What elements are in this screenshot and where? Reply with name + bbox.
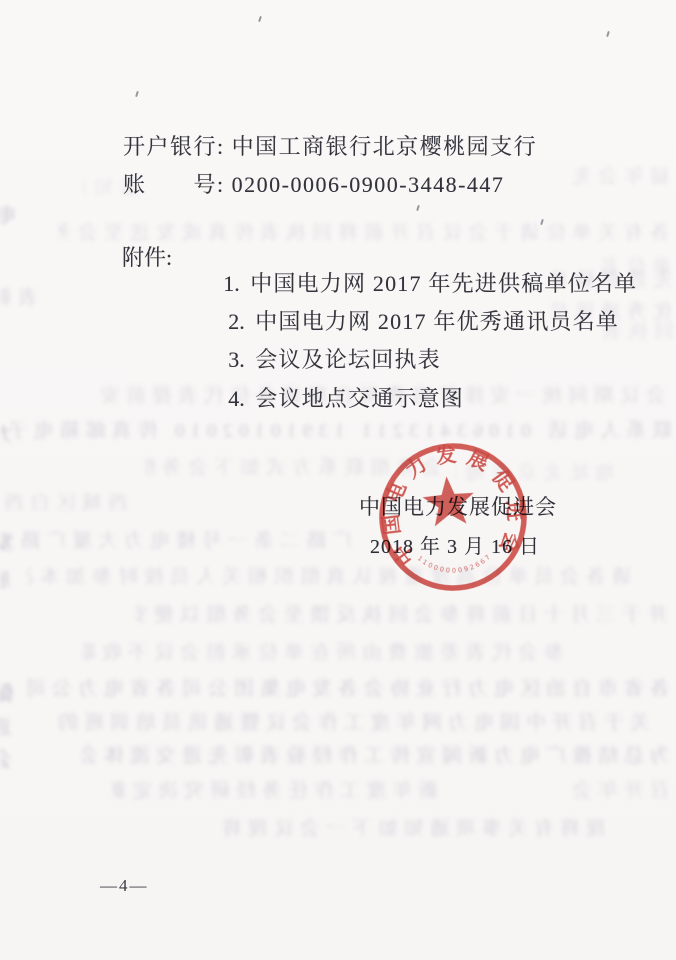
seal-code-number: 1100000092667: [415, 548, 494, 578]
page-number: —4—: [100, 876, 149, 896]
attachments-label: 附件:: [122, 241, 172, 272]
bank-account-line: 账 号: 0200-0006-0900-3448-447: [123, 168, 504, 199]
scanned-document-page: 届年会先进单届年会先进单届年会先进单通知通知通知各有关单位请于会议召开前将回执表…: [0, 0, 676, 960]
attachment-text: 会议地点交通示意图: [255, 386, 464, 411]
official-seal-stamp: 中国电力发展促进会 1100000092667: [371, 435, 536, 600]
attachment-number: 4.: [228, 386, 255, 412]
seal-star-icon: [421, 474, 476, 527]
attachment-item-4: 4.会议地点交通示意图: [188, 356, 464, 439]
svg-text:1100000092667: 1100000092667: [415, 548, 494, 578]
document-content: 开户银行: 中国工商银行北京樱桃园支行 账 号: 0200-0006-0900-…: [0, 0, 676, 960]
bank-name-line: 开户银行: 中国工商银行北京樱桃园支行: [123, 130, 537, 161]
seal-graphic: 中国电力发展促进会 1100000092667: [371, 435, 536, 600]
